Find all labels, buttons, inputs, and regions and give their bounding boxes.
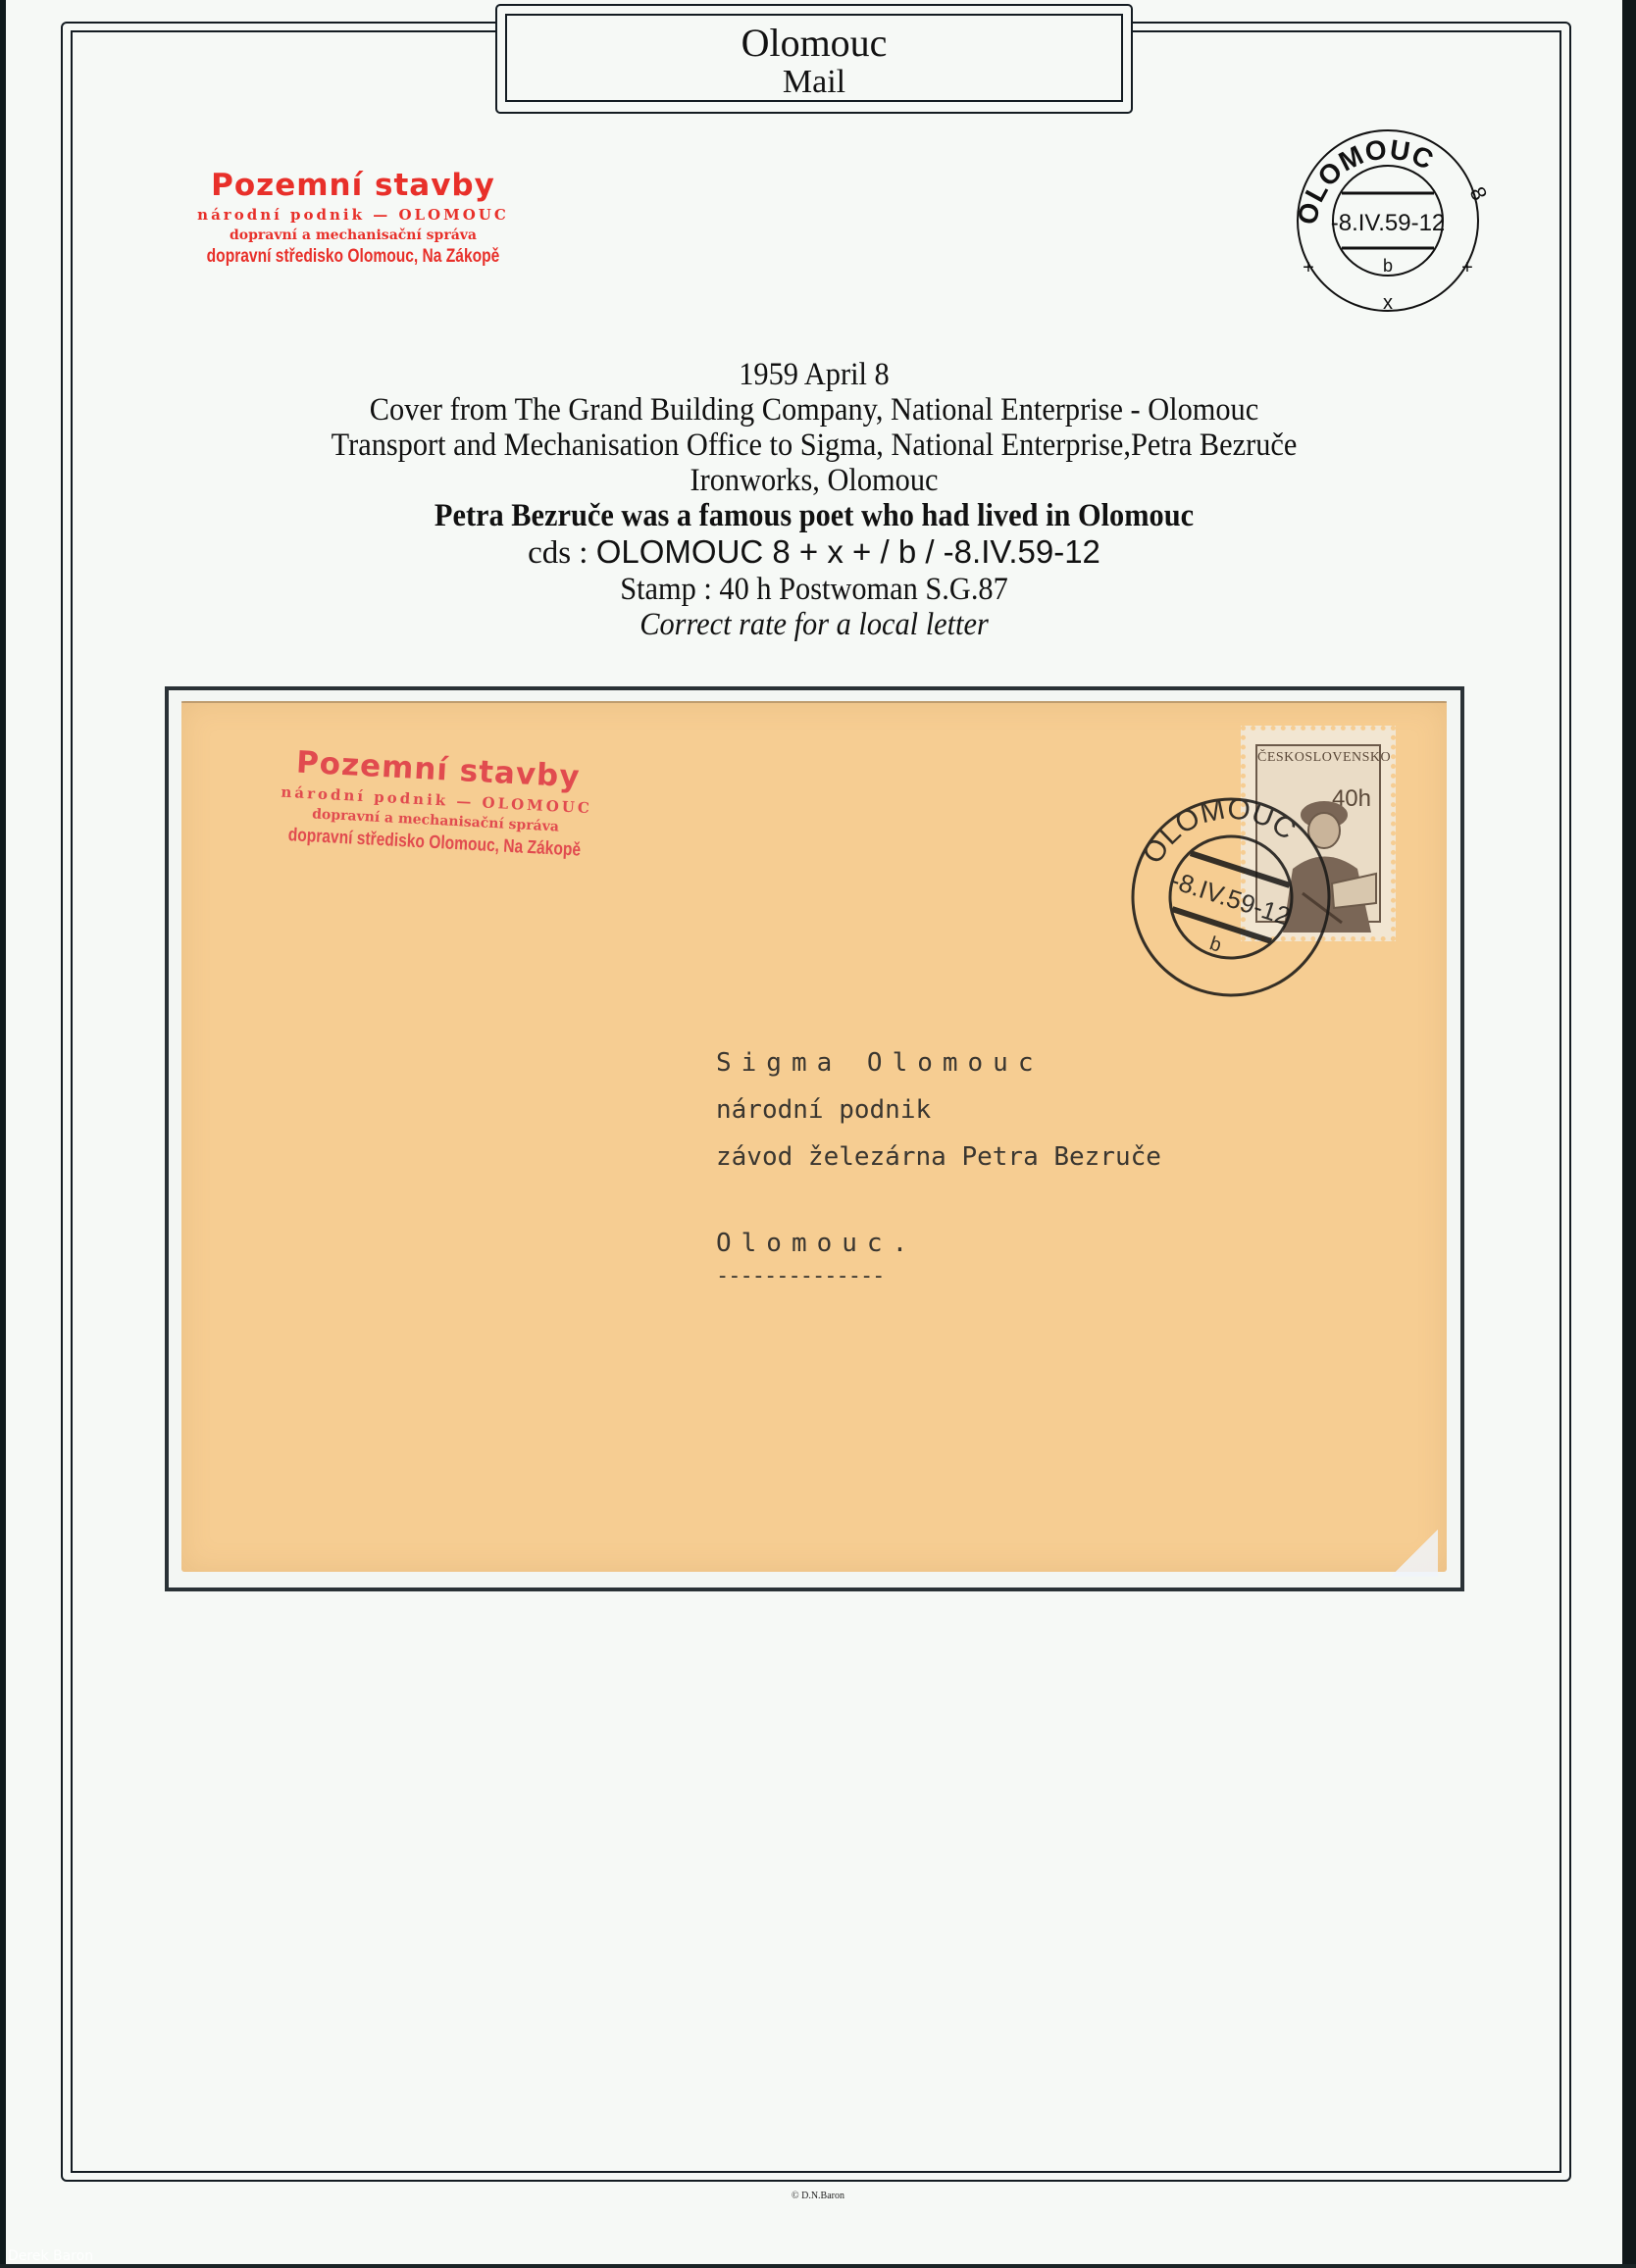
description-cds: cds : OLOMOUC 8 + x + / b / -8.IV.59-12: [118, 533, 1510, 572]
postmark-mark-left: +: [1303, 257, 1314, 278]
address-city: Olomouc.: [716, 1220, 1161, 1267]
envelope: Pozemní stavby národní podnik — OLOMOUC …: [181, 701, 1447, 1572]
copyright-notice: © D.N.Baron: [0, 2191, 1636, 2201]
description-date: 1959 April 8: [174, 357, 1455, 392]
address-gap: [716, 1181, 1161, 1220]
photo-corner-hinge: [1391, 1530, 1438, 1577]
postmark-letter: b: [1383, 256, 1393, 276]
envelope-top-edge: [181, 701, 1447, 711]
cover-description: 1959 April 8 Cover from The Grand Buildi…: [118, 357, 1510, 642]
address-line-3: závod železárna Petra Bezruče: [716, 1134, 1161, 1181]
description-line-1: Cover from The Grand Building Company, N…: [174, 392, 1455, 428]
stamp-country: ČESKOSLOVENSKO: [1257, 750, 1379, 766]
description-line-2: Transport and Mechanisation Office to Si…: [174, 428, 1455, 463]
cachet-line-2: národní podnik — OLOMOUC: [147, 204, 559, 226]
postmark-mark-right: +: [1461, 257, 1473, 278]
postmark-mark-bottom: x: [1383, 292, 1393, 314]
env-postmark-date: -8.IV.59-12: [1167, 865, 1294, 932]
scan-edge-bottom: [0, 2264, 1636, 2268]
postmark-illustration: OLOMOUC 8 -8.IV.59-12 b + x +: [1285, 123, 1491, 319]
title-plaque-inner: Olomouc Mail: [505, 14, 1123, 102]
cachet-line-3: dopravní a mechanisační správa: [147, 226, 559, 245]
cds-value: OLOMOUC 8 + x + / b / -8.IV.59-12: [596, 533, 1100, 570]
title-plaque: Olomouc Mail: [495, 4, 1133, 114]
description-line-3: Ironworks, Olomouc: [174, 463, 1455, 498]
watermark: Derek Baron: [8, 2248, 93, 2264]
scan-edge-left: [0, 0, 6, 2268]
recipient-address: Sigma Olomouc národní podnik závod želez…: [716, 1039, 1161, 1286]
description-rate: Correct rate for a local letter: [174, 607, 1455, 642]
description-note: Petra Bezruče was a famous poet who had …: [174, 498, 1455, 533]
page-title: Olomouc: [507, 22, 1121, 65]
cds-label: cds :: [528, 535, 588, 571]
envelope-postmark: OLOMOUC -8.IV.59-12 b: [1118, 784, 1344, 1010]
scan-edge-right: [1622, 0, 1636, 2268]
sender-cachet-illustration: Pozemní stavby národní podnik — OLOMOUC …: [147, 167, 559, 269]
page-subtitle: Mail: [507, 65, 1121, 100]
env-postmark-letter: b: [1207, 932, 1224, 956]
address-city-underline: --------------: [716, 1267, 1161, 1286]
address-line-1: Sigma Olomouc: [716, 1039, 1161, 1086]
description-stamp: Stamp : 40 h Postwoman S.G.87: [174, 572, 1455, 607]
envelope-sender-cachet: Pozemní stavby národní podnik — OLOMOUC …: [237, 740, 635, 867]
cachet-line-4: dopravní středisko Olomouc, Na Zákopě: [184, 245, 522, 269]
cachet-line-1: Pozemní stavby: [147, 167, 559, 204]
address-line-2: národní podnik: [716, 1086, 1161, 1134]
postmark-office-number: 8: [1464, 183, 1491, 205]
postmark-date: -8.IV.59-12: [1331, 210, 1446, 236]
